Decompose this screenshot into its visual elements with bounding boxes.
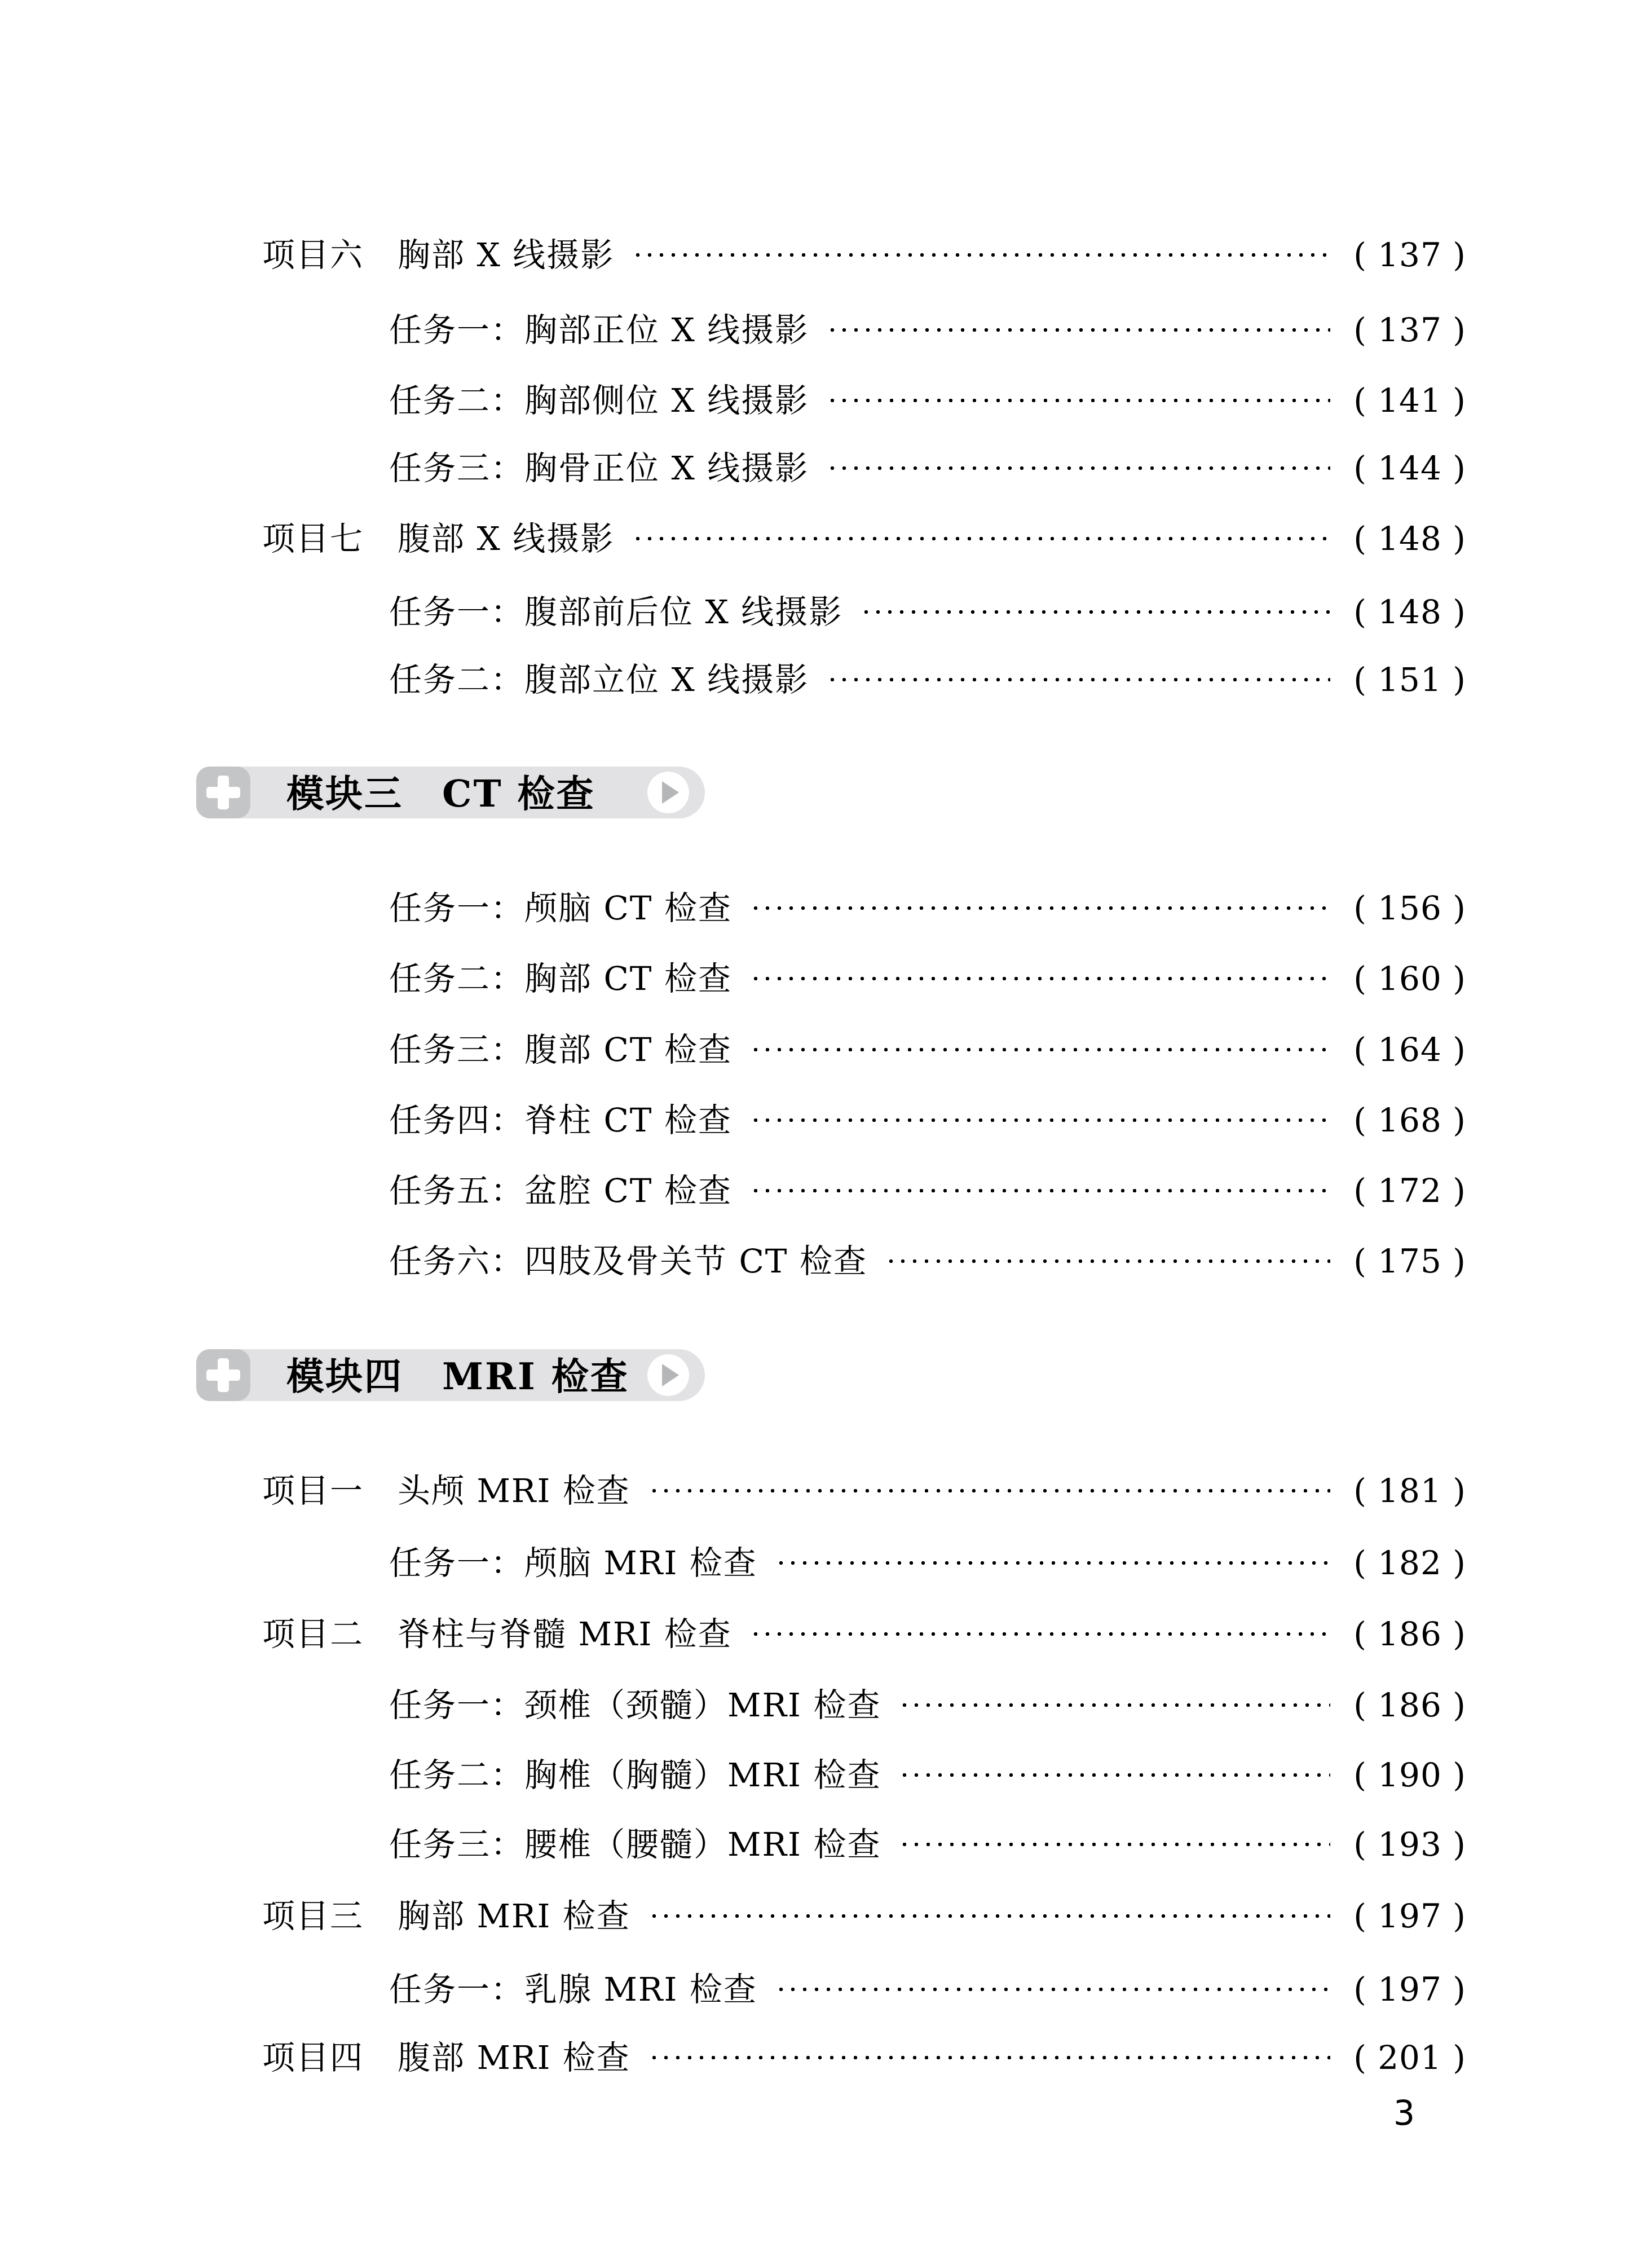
toc-row: 任务一：颅脑 MRI 检查 ( 182 ) xyxy=(389,1543,1466,1583)
toc-page-number: ( 201 ) xyxy=(1345,2038,1466,2077)
dot-leader xyxy=(827,660,1330,699)
toc-entry-text: 任务三：胸骨正位 X 线摄影 xyxy=(389,448,809,488)
dot-leader xyxy=(750,1614,1330,1654)
page-number: 3 xyxy=(1382,2094,1427,2133)
toc-entry-text: 项目六 胸部 X 线摄影 xyxy=(262,235,614,275)
section-title: 模块四 MRI 检查 xyxy=(286,1349,629,1401)
dot-leader xyxy=(885,1241,1330,1281)
section-title: 模块三 CT 检查 xyxy=(286,767,595,818)
toc-row: 项目三 胸部 MRI 检查 ( 197 ) xyxy=(262,1896,1466,1936)
toc-entry-text: 项目二 脊柱与脊髓 MRI 检查 xyxy=(262,1614,732,1654)
play-icon xyxy=(647,772,689,813)
toc-row: 项目七 腹部 X 线摄影 ( 148 ) xyxy=(262,519,1466,558)
toc-page-number: ( 197 ) xyxy=(1345,1896,1466,1936)
toc-entry-text: 任务二：胸部侧位 X 线摄影 xyxy=(389,381,809,420)
dot-leader xyxy=(750,959,1330,998)
toc-entry-text: 任务一：胸部正位 X 线摄影 xyxy=(389,310,809,350)
toc-page-number: ( 172 ) xyxy=(1345,1171,1466,1210)
toc-row: 项目一 头颅 MRI 检查 ( 181 ) xyxy=(262,1471,1466,1510)
dot-leader xyxy=(899,1755,1330,1795)
dot-leader xyxy=(775,1543,1330,1583)
medical-cross-icon xyxy=(196,767,250,818)
toc-page-number: ( 151 ) xyxy=(1345,660,1466,699)
dot-leader xyxy=(899,1825,1330,1864)
toc-row: 任务五：盆腔 CT 检查 ( 172 ) xyxy=(389,1171,1466,1210)
toc-entry-text: 项目一 头颅 MRI 检查 xyxy=(262,1471,630,1510)
dot-leader xyxy=(648,1471,1330,1510)
toc-page-number: ( 164 ) xyxy=(1345,1030,1466,1069)
section-banner-mri: 模块四 MRI 检查 xyxy=(196,1349,705,1401)
toc-page-number: ( 137 ) xyxy=(1345,235,1466,275)
toc-row: 任务一：颈椎（颈髓）MRI 检查 ( 186 ) xyxy=(389,1685,1466,1725)
toc-page-number: ( 182 ) xyxy=(1345,1543,1466,1583)
toc-row: 任务一：颅脑 CT 检查 ( 156 ) xyxy=(389,888,1466,928)
toc-entry-text: 项目七 腹部 X 线摄影 xyxy=(262,519,614,558)
toc-row: 任务三：腹部 CT 检查 ( 164 ) xyxy=(389,1030,1466,1069)
toc-row: 任务一：胸部正位 X 线摄影 ( 137 ) xyxy=(389,310,1466,350)
section-banner-ct: 模块三 CT 检查 xyxy=(196,767,705,818)
toc-page-number: ( 175 ) xyxy=(1345,1241,1466,1281)
toc-entry-text: 任务六：四肢及骨关节 CT 检查 xyxy=(389,1241,867,1281)
toc-row: 任务二：胸椎（胸髓）MRI 检查 ( 190 ) xyxy=(389,1755,1466,1795)
play-icon xyxy=(647,1354,689,1396)
dot-leader xyxy=(648,1896,1330,1936)
toc-entry-text: 任务二：腹部立位 X 线摄影 xyxy=(389,660,809,699)
dot-leader xyxy=(861,592,1330,632)
toc-entry-text: 任务三：腹部 CT 检查 xyxy=(389,1030,732,1069)
dot-leader xyxy=(827,381,1330,420)
toc-entry-text: 任务五：盆腔 CT 检查 xyxy=(389,1171,732,1210)
toc-page: 项目六 胸部 X 线摄影 ( 137 ) 任务一：胸部正位 X 线摄影 ( 13… xyxy=(0,0,1628,2268)
toc-entry-text: 任务二：胸椎（胸髓）MRI 检查 xyxy=(389,1755,881,1795)
toc-row: 任务四：脊柱 CT 检查 ( 168 ) xyxy=(389,1100,1466,1140)
toc-entry-text: 任务一：颈椎（颈髓）MRI 检查 xyxy=(389,1685,881,1725)
toc-page-number: ( 141 ) xyxy=(1345,381,1466,420)
toc-page-number: ( 181 ) xyxy=(1345,1471,1466,1510)
toc-row: 项目四 腹部 MRI 检查 ( 201 ) xyxy=(262,2038,1466,2077)
toc-page-number: ( 193 ) xyxy=(1345,1825,1466,1864)
toc-row: 任务一：乳腺 MRI 检查 ( 197 ) xyxy=(389,1970,1466,2009)
toc-entry-text: 任务一：腹部前后位 X 线摄影 xyxy=(389,592,842,632)
toc-page-number: ( 148 ) xyxy=(1345,592,1466,632)
dot-leader xyxy=(632,519,1330,558)
toc-entry-text: 任务一：颅脑 CT 检查 xyxy=(389,888,732,928)
dot-leader xyxy=(648,2038,1330,2077)
toc-row: 项目二 脊柱与脊髓 MRI 检查 ( 186 ) xyxy=(262,1614,1466,1654)
toc-page-number: ( 197 ) xyxy=(1345,1970,1466,2009)
toc-entry-text: 任务二：胸部 CT 检查 xyxy=(389,959,732,998)
dot-leader xyxy=(899,1685,1330,1725)
dot-leader xyxy=(827,310,1330,350)
toc-entry-text: 项目三 胸部 MRI 检查 xyxy=(262,1896,630,1936)
toc-row: 任务三：腰椎（腰髓）MRI 检查 ( 193 ) xyxy=(389,1825,1466,1864)
dot-leader xyxy=(775,1970,1330,2009)
dot-leader xyxy=(750,1030,1330,1069)
toc-entry-text: 项目四 腹部 MRI 检查 xyxy=(262,2038,630,2077)
medical-cross-icon xyxy=(196,1349,250,1401)
toc-entry-text: 任务四：脊柱 CT 检查 xyxy=(389,1100,732,1140)
toc-entry-text: 任务一：乳腺 MRI 检查 xyxy=(389,1970,757,2009)
toc-row: 项目六 胸部 X 线摄影 ( 137 ) xyxy=(262,235,1466,275)
toc-page-number: ( 186 ) xyxy=(1345,1614,1466,1654)
toc-row: 任务一：腹部前后位 X 线摄影 ( 148 ) xyxy=(389,592,1466,632)
toc-page-number: ( 190 ) xyxy=(1345,1755,1466,1795)
toc-entry-text: 任务一：颅脑 MRI 检查 xyxy=(389,1543,757,1583)
toc-row: 任务二：胸部侧位 X 线摄影 ( 141 ) xyxy=(389,381,1466,420)
toc-row: 任务二：胸部 CT 检查 ( 160 ) xyxy=(389,959,1466,998)
dot-leader xyxy=(632,235,1330,275)
dot-leader xyxy=(750,888,1330,928)
toc-page-number: ( 186 ) xyxy=(1345,1685,1466,1725)
toc-page-number: ( 160 ) xyxy=(1345,959,1466,998)
dot-leader xyxy=(750,1100,1330,1140)
toc-row: 任务六：四肢及骨关节 CT 检查 ( 175 ) xyxy=(389,1241,1466,1281)
toc-row: 任务三：胸骨正位 X 线摄影 ( 144 ) xyxy=(389,448,1466,488)
dot-leader xyxy=(827,448,1330,488)
toc-row: 任务二：腹部立位 X 线摄影 ( 151 ) xyxy=(389,660,1466,699)
toc-page-number: ( 137 ) xyxy=(1345,310,1466,350)
dot-leader xyxy=(750,1171,1330,1210)
toc-page-number: ( 148 ) xyxy=(1345,519,1466,558)
toc-page-number: ( 168 ) xyxy=(1345,1100,1466,1140)
toc-page-number: ( 156 ) xyxy=(1345,888,1466,928)
toc-page-number: ( 144 ) xyxy=(1345,448,1466,488)
toc-entry-text: 任务三：腰椎（腰髓）MRI 检查 xyxy=(389,1825,881,1864)
